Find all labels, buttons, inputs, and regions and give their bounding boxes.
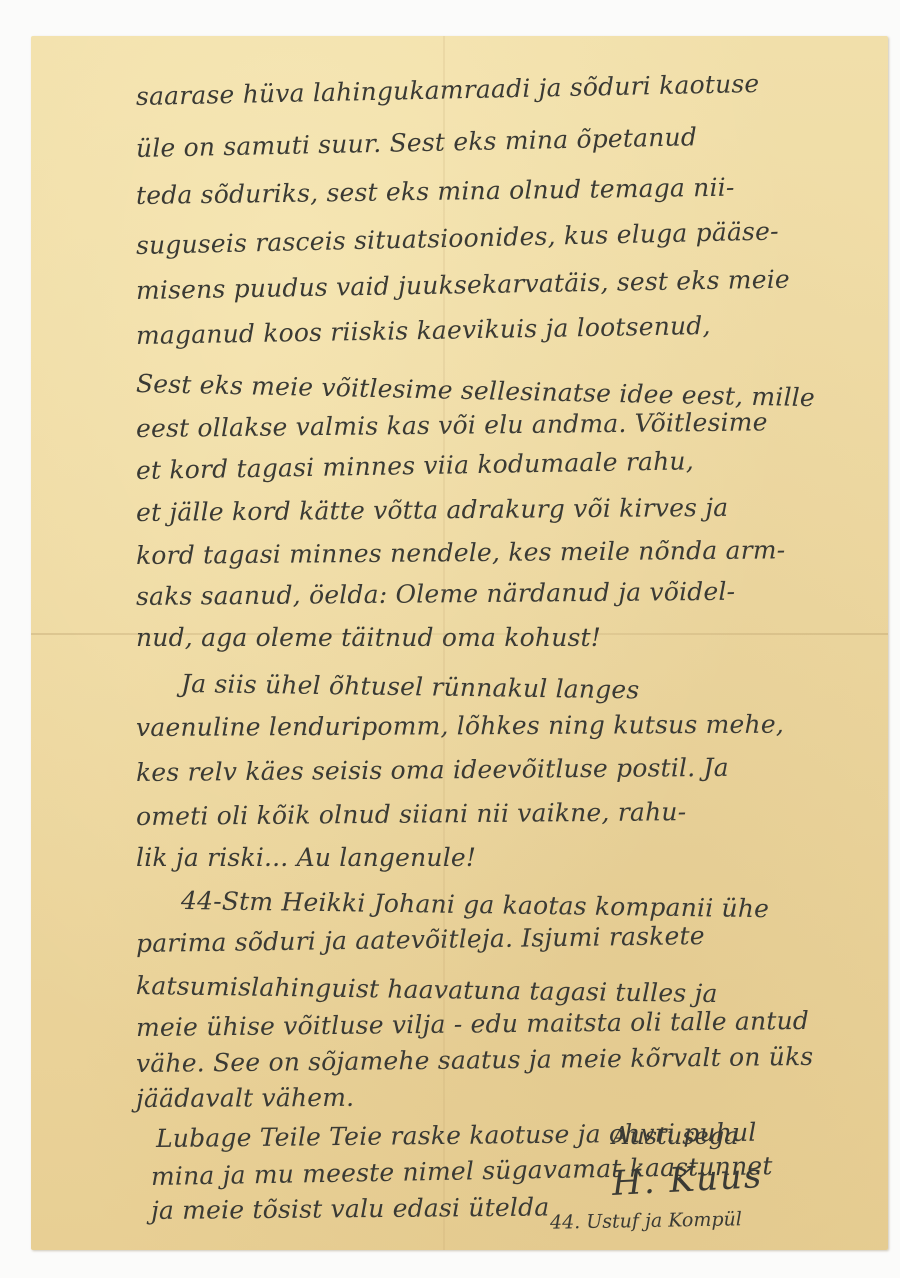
letter-line: vaenuline lenduripomm, lõhkes ning kutsu… (136, 710, 784, 742)
letter-body: saarase hüva lahingukamraadi ja sõduri k… (31, 36, 888, 1250)
letter-page: saarase hüva lahingukamraadi ja sõduri k… (31, 36, 888, 1250)
signature: H. Kuus (611, 1156, 764, 1204)
letter-line: meie ühise võitluse vilja - edu maitsta … (136, 1006, 809, 1042)
letter-line: kord tagasi minnes nendele, kes meile nõ… (136, 535, 786, 570)
letter-line: kes relv käes seisis oma ideevõitluse po… (136, 753, 729, 787)
letter-line: parima sõduri ja aatevõitleja. Isjumi ra… (136, 921, 705, 958)
letter-line: jäädavalt vähem. (136, 1083, 354, 1113)
letter-line: teda sõduriks, sest eks mina olnud temag… (136, 173, 735, 210)
closing-text: Austusega (612, 1122, 738, 1150)
letter-line: misens puudus vaid juuksekarvatäis, sest… (136, 265, 790, 305)
letter-line: et jälle kord kätte võtta adrakurg või k… (136, 493, 729, 527)
letter-line: 44-Stm Heikki Johani ga kaotas kompanii … (181, 886, 770, 923)
letter-line: suguseis rasceis situatsioonides, kus el… (136, 216, 779, 260)
letter-line: ometi oli kõik olnud siiani nii vaikne, … (136, 797, 687, 831)
letter-line: vähe. See on sõjamehe saatus ja meie kõr… (136, 1042, 814, 1078)
letter-line: saks saanud, öelda: Oleme närdanud ja võ… (136, 577, 736, 611)
letter-line: nud, aga oleme täitnud oma kohust! (136, 623, 601, 652)
letter-line: saarase hüva lahingukamraadi ja sõduri k… (136, 69, 760, 111)
letter-line: et kord tagasi minnes viia kodumaale rah… (136, 446, 694, 485)
letter-line: katsumislahinguist haavatuna tagasi tull… (136, 971, 718, 1008)
letter-line: Sest eks meie võitlesime sellesinatse id… (136, 369, 815, 412)
letter-line: maganud koos riiskis kaevikuis ja lootse… (136, 311, 711, 350)
letter-line: üle on samuti suur. Sest eks mina õpetan… (136, 122, 698, 163)
signature-title: 44. Ustuf ja Kompül (550, 1208, 742, 1233)
letter-line: Ja siis ühel õhtusel rünnakul langes (181, 669, 640, 704)
letter-line: eest ollakse valmis kas või elu andma. V… (136, 407, 768, 443)
letter-line: lik ja riski... Au langenule! (136, 843, 476, 872)
letter-line: ja meie tõsist valu edasi ütelda (151, 1193, 550, 1225)
